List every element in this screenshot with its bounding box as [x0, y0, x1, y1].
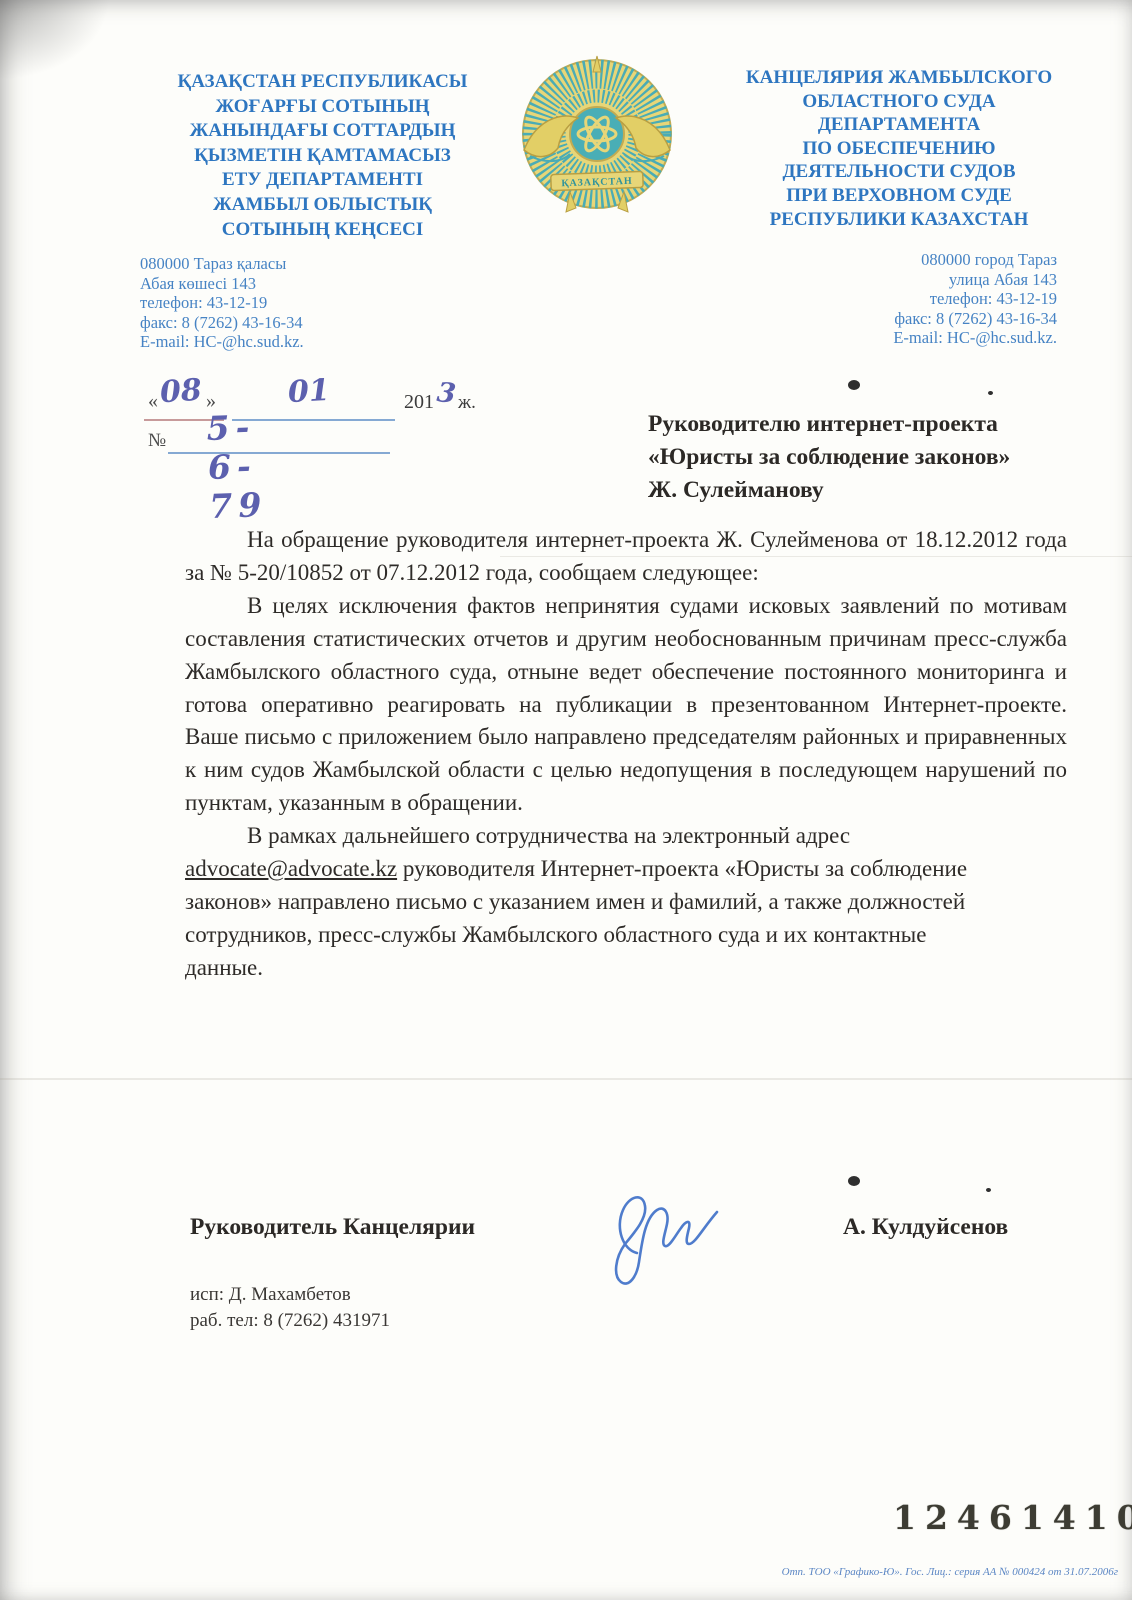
handwritten-day: 08: [159, 373, 203, 411]
org-line: ЖАНЫНДАҒЫ СОТТАРДЫҢ: [145, 119, 500, 144]
org-name-kazakh: ҚАЗАҚСТАН РЕСПУБЛИКАСЫ ЖОҒАРҒЫ СОТЫНЫҢ Ж…: [145, 70, 500, 242]
contact-block-kazakh: 080000 Тараз қаласы Абая көшесі 143 теле…: [140, 254, 304, 352]
contact-line: улица Абая 143: [797, 270, 1057, 290]
year-label: ж.: [458, 392, 476, 414]
ink-speck: [986, 1188, 991, 1192]
org-line: СОТЫНЫҢ КЕҢСЕСІ: [145, 218, 500, 243]
letter-body: На обращение руководителя интернет-проек…: [185, 524, 1067, 985]
org-line: ЕТУ ДЕПАРТАМЕНТІ: [145, 168, 500, 193]
contact-line: 080000 Тараз қаласы: [140, 254, 304, 274]
email-text: advocate@advocate.kz: [185, 856, 397, 881]
org-line: КАНЦЕЛЯРИЯ ЖАМБЫЛСКОГО: [703, 66, 1095, 90]
org-line: ҚАЗАҚСТАН РЕСПУБЛИКАСЫ: [145, 70, 500, 95]
paragraph-text: В рамках дальнейшего сотрудничества на э…: [247, 823, 850, 848]
signer-title: Руководитель Канцелярии: [190, 1214, 475, 1241]
org-name-russian: КАНЦЕЛЯРИЯ ЖАМБЫЛСКОГО ОБЛАСТНОГО СУДА Д…: [703, 66, 1095, 231]
executor-block: исп: Д. Махамбетов раб. тел: 8 (7262) 43…: [190, 1282, 390, 1334]
org-line: ДЕЯТЕЛЬНОСТИ СУДОВ: [703, 160, 1095, 184]
addressee-line: Ж. Сулейманову: [648, 474, 1010, 507]
ink-speck: [848, 1176, 860, 1186]
contact-line: телефон: 43-12-19: [797, 289, 1057, 309]
handwritten-year-digit: 3: [435, 377, 457, 410]
paragraph: В целях исключения фактов непринятия суд…: [185, 590, 1067, 820]
executor-line: раб. тел: 8 (7262) 431971: [190, 1308, 390, 1334]
handwritten-signature: [585, 1158, 735, 1313]
printer-license-line: Отп. ТОО «Графико-Ю». Гос. Лиц.: серия А…: [782, 1566, 1118, 1578]
contact-line: факс: 8 (7262) 43-16-34: [140, 313, 304, 333]
contact-block-russian: 080000 город Тараз улица Абая 143 телефо…: [797, 250, 1057, 348]
paragraph: На обращение руководителя интернет-проек…: [185, 524, 1067, 590]
contact-line: E-mail: HC-@hc.sud.kz.: [140, 332, 304, 352]
addressee-block: Руководителю интернет-проекта «Юристы за…: [648, 408, 1010, 507]
signer-name: А. Кулдуйсенов: [843, 1214, 1008, 1241]
handwritten-month: 01: [287, 373, 331, 410]
kazakhstan-coat-of-arms-icon: ҚАЗАҚСТАН: [518, 52, 676, 235]
handwritten-number: 5-6-79: [206, 407, 268, 526]
ink-speck: [848, 380, 860, 390]
contact-line: факс: 8 (7262) 43-16-34: [797, 309, 1057, 329]
org-line: ОБЛАСТНОГО СУДА: [703, 90, 1095, 114]
form-number-stamp: 12461410: [893, 1498, 1132, 1537]
addressee-line: «Юристы за соблюдение законов»: [648, 441, 1010, 474]
contact-line: E-mail: HC-@hc.sud.kz.: [797, 328, 1057, 348]
contact-line: Абая көшесі 143: [140, 274, 304, 294]
contact-line: 080000 город Тараз: [797, 250, 1057, 270]
org-line: ПРИ ВЕРХОВНОМ СУДЕ: [703, 184, 1095, 208]
scan-corner-shadow: [0, 0, 110, 80]
year-printed: 201: [404, 391, 434, 414]
paper-crease: [0, 1078, 1132, 1080]
paragraph: В рамках дальнейшего сотрудничества на э…: [185, 820, 987, 985]
number-label: №: [148, 430, 166, 452]
org-line: ДЕПАРТАМЕНТА: [703, 113, 1095, 137]
open-quote: «: [148, 390, 158, 413]
scanned-letter-page: ҚАЗАҚСТАН РЕСПУБЛИКАСЫ ЖОҒАРҒЫ СОТЫНЫҢ Ж…: [0, 0, 1132, 1600]
org-line: ЖОҒАРҒЫ СОТЫНЫҢ: [145, 95, 500, 120]
org-line: ҚЫЗМЕТІН ҚАМТАМАСЫЗ: [145, 144, 500, 169]
org-line: ЖАМБЫЛ ОБЛЫСТЫҚ: [145, 193, 500, 218]
org-line: ПО ОБЕСПЕЧЕНИЮ: [703, 137, 1095, 161]
org-line: РЕСПУБЛИКИ КАЗАХСТАН: [703, 208, 1095, 232]
addressee-line: Руководителю интернет-проекта: [648, 408, 1010, 441]
ink-speck: [988, 391, 993, 395]
executor-line: исп: Д. Махамбетов: [190, 1282, 390, 1308]
number-underline: [168, 452, 390, 454]
contact-line: телефон: 43-12-19: [140, 293, 304, 313]
